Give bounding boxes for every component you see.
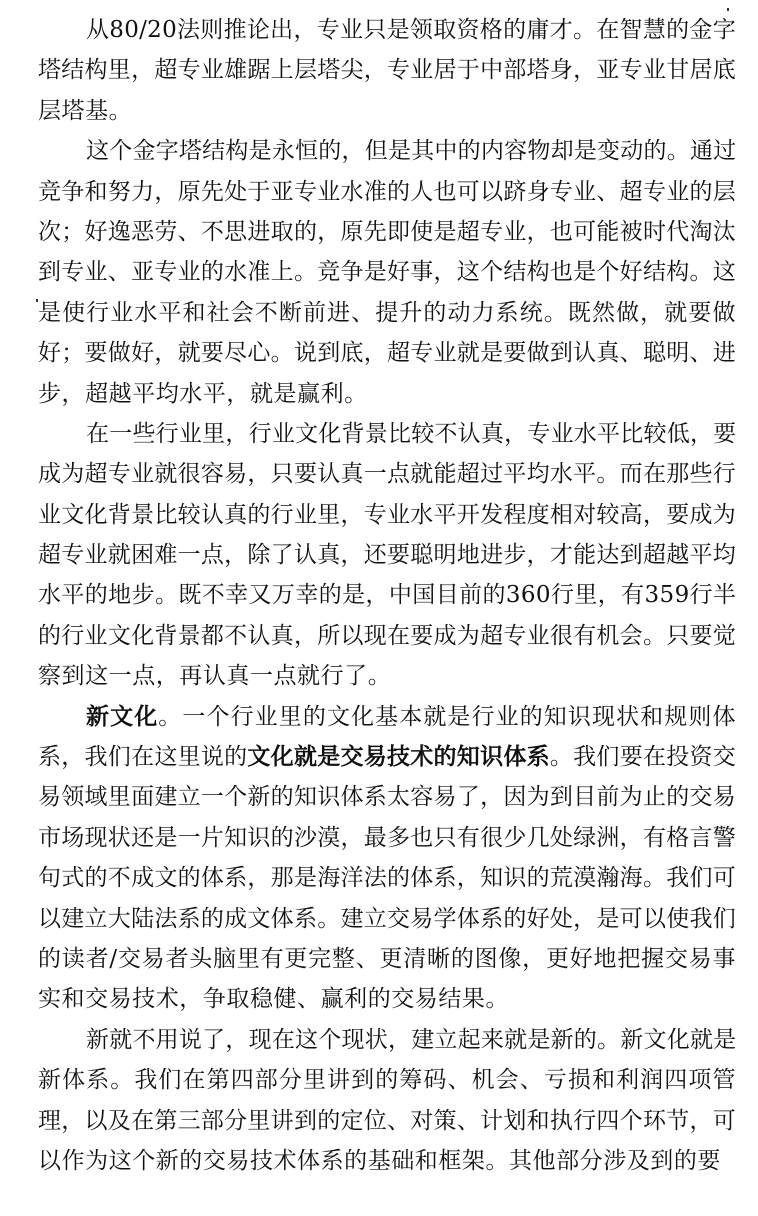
text-segment: 察到这一点，再认真一点就行了。 xyxy=(38,663,391,689)
scan-speck xyxy=(727,8,729,11)
text-segment: 。一个行业里的文化基本就是行业的知识现状和规则体 xyxy=(158,704,736,730)
text-line: 业文化背景比较认真的行业里，专业水平开发程度相对较高，要成为 xyxy=(38,495,736,535)
bold-text: 新文化 xyxy=(86,703,158,730)
text-line: 以作为这个新的交易技术体系的基础和框架。其他部分涉及到的要 xyxy=(38,1141,736,1181)
text-segment: 步，超越平均水平，就是赢利。 xyxy=(38,381,368,407)
text-line: 新就不用说了，现在这个现状，建立起来就是新的。新文化就是 xyxy=(38,1020,736,1060)
text-segment: 次；好逸恶劳、不思进取的，原先即使是超专业，也可能被时代淘汰 xyxy=(38,219,736,245)
scan-speck xyxy=(36,299,38,302)
text-segment: 从80/20法则推论出，专业只是领取资格的庸才。在智慧的金字 xyxy=(86,17,736,43)
text-segment: 到专业、亚专业的水准上。竞争是好事，这个结构也是个好结构。这 xyxy=(38,259,736,285)
text-segment: 业文化背景比较认真的行业里，专业水平开发程度相对较高，要成为 xyxy=(38,502,736,528)
text-segment: 新就不用说了，现在这个现状，建立起来就是新的。新文化就是 xyxy=(86,1027,736,1053)
text-segment: 层塔基。 xyxy=(38,98,132,124)
text-line: 水平的地步。既不幸又万幸的是，中国目前的360行里，有359行半 xyxy=(38,575,736,615)
text-segment: 成为超专业就很容易，只要认真一点就能超过平均水平。而在那些行 xyxy=(38,461,736,487)
text-segment: 以建立大陆法系的成文体系。建立交易学体系的好处，是可以使我们 xyxy=(38,906,736,932)
text-segment: 句式的不成文的体系，那是海洋法的体系，知识的荒漠瀚海。我们可 xyxy=(38,865,736,891)
text-segment: 理，以及在第三部分里讲到的定位、对策、计划和执行四个环节，可 xyxy=(38,1108,736,1134)
text-line: 是使行业水平和社会不断前进、提升的动力系统。既然做，就要做 xyxy=(38,293,736,333)
paragraph: 在一些行业里，行业文化背景比较不认真，专业水平比较低，要成为超专业就很容易，只要… xyxy=(38,414,736,697)
text-line: 到专业、亚专业的水准上。竞争是好事，这个结构也是个好结构。这 xyxy=(38,252,736,292)
text-segment: 是使行业水平和社会不断前进、提升的动力系统。既然做，就要做 xyxy=(38,300,736,326)
text-segment: 塔结构里，超专业雄踞上层塔尖，专业居于中部塔身，亚专业甘居底 xyxy=(38,57,736,83)
text-line: 的读者/交易者头脑里有更完整、更清晰的图像，更好地把握交易事 xyxy=(38,939,736,979)
bold-text: 文化就是交易技术的知识体系 xyxy=(247,743,549,770)
body-text: 从80/20法则推论出，专业只是领取资格的庸才。在智慧的金字塔结构里，超专业雄踞… xyxy=(38,10,736,1181)
text-segment: 的行业文化背景都不认真，所以现在要成为超专业很有机会。只要觉 xyxy=(38,623,736,649)
text-line: 好；要做好，就要尽心。说到底，超专业就是要做到认真、聪明、进 xyxy=(38,333,736,373)
text-line: 步，超越平均水平，就是赢利。 xyxy=(38,374,736,414)
text-line: 新文化。一个行业里的文化基本就是行业的知识现状和规则体 xyxy=(38,697,736,737)
text-segment: 。我们要在投资交 xyxy=(550,744,736,770)
paragraph: 这个金字塔结构是永恒的，但是其中的内容物却是变动的。通过竞争和努力，原先处于亚专… xyxy=(38,131,736,414)
text-line: 这个金字塔结构是永恒的，但是其中的内容物却是变动的。通过 xyxy=(38,131,736,171)
text-line: 次；好逸恶劳、不思进取的，原先即使是超专业，也可能被时代淘汰 xyxy=(38,212,736,252)
text-segment: 好；要做好，就要尽心。说到底，超专业就是要做到认真、聪明、进 xyxy=(38,340,736,366)
text-line: 市场现状还是一片知识的沙漠，最多也只有很少几处绿洲，有格言警 xyxy=(38,818,736,858)
text-line: 成为超专业就很容易，只要认真一点就能超过平均水平。而在那些行 xyxy=(38,454,736,494)
text-segment: 这个金字塔结构是永恒的，但是其中的内容物却是变动的。通过 xyxy=(86,138,736,164)
text-segment: 水平的地步。既不幸又万幸的是，中国目前的360行里，有359行半 xyxy=(38,582,736,608)
text-segment: 新体系。我们在第四部分里讲到的筹码、机会、亏损和利润四项管 xyxy=(38,1067,736,1093)
document-page: 从80/20法则推论出，专业只是领取资格的庸才。在智慧的金字塔结构里，超专业雄踞… xyxy=(38,10,736,1181)
text-line: 句式的不成文的体系，那是海洋法的体系，知识的荒漠瀚海。我们可 xyxy=(38,858,736,898)
text-line: 在一些行业里，行业文化背景比较不认真，专业水平比较低，要 xyxy=(38,414,736,454)
paragraph: 新就不用说了，现在这个现状，建立起来就是新的。新文化就是新体系。我们在第四部分里… xyxy=(38,1020,736,1182)
text-line: 超专业就困难一点，除了认真，还要聪明地进步，才能达到超越平均 xyxy=(38,535,736,575)
text-line: 以建立大陆法系的成文体系。建立交易学体系的好处，是可以使我们 xyxy=(38,899,736,939)
paragraph: 从80/20法则推论出，专业只是领取资格的庸才。在智慧的金字塔结构里，超专业雄踞… xyxy=(38,10,736,131)
text-segment: 超专业就困难一点，除了认真，还要聪明地进步，才能达到超越平均 xyxy=(38,542,736,568)
text-segment: 系，我们在这里说的 xyxy=(38,744,247,770)
paragraph: 新文化。一个行业里的文化基本就是行业的知识现状和规则体系，我们在这里说的文化就是… xyxy=(38,697,736,1020)
text-line: 的行业文化背景都不认真，所以现在要成为超专业很有机会。只要觉 xyxy=(38,616,736,656)
text-segment: 在一些行业里，行业文化背景比较不认真，专业水平比较低，要 xyxy=(86,421,736,447)
text-segment: 的读者/交易者头脑里有更完整、更清晰的图像，更好地把握交易事 xyxy=(38,946,736,972)
text-segment: 市场现状还是一片知识的沙漠，最多也只有很少几处绿洲，有格言警 xyxy=(38,825,736,851)
text-line: 塔结构里，超专业雄踞上层塔尖，专业居于中部塔身，亚专业甘居底 xyxy=(38,50,736,90)
text-line: 察到这一点，再认真一点就行了。 xyxy=(38,656,736,696)
text-segment: 竞争和努力，原先处于亚专业水准的人也可以跻身专业、超专业的层 xyxy=(38,179,736,205)
text-line: 易领域里面建立一个新的知识体系太容易了，因为到目前为止的交易 xyxy=(38,777,736,817)
text-line: 理，以及在第三部分里讲到的定位、对策、计划和执行四个环节，可 xyxy=(38,1101,736,1141)
text-line: 从80/20法则推论出，专业只是领取资格的庸才。在智慧的金字 xyxy=(38,10,736,50)
text-line: 新体系。我们在第四部分里讲到的筹码、机会、亏损和利润四项管 xyxy=(38,1060,736,1100)
text-line: 竞争和努力，原先处于亚专业水准的人也可以跻身专业、超专业的层 xyxy=(38,172,736,212)
text-segment: 实和交易技术，争取稳健、赢利的交易结果。 xyxy=(38,986,509,1012)
text-line: 实和交易技术，争取稳健、赢利的交易结果。 xyxy=(38,979,736,1019)
text-line: 层塔基。 xyxy=(38,91,736,131)
text-segment: 易领域里面建立一个新的知识体系太容易了，因为到目前为止的交易 xyxy=(38,784,736,810)
text-segment: 以作为这个新的交易技术体系的基础和框架。其他部分涉及到的要 xyxy=(38,1148,721,1174)
text-line: 系，我们在这里说的文化就是交易技术的知识体系。我们要在投资交 xyxy=(38,737,736,777)
